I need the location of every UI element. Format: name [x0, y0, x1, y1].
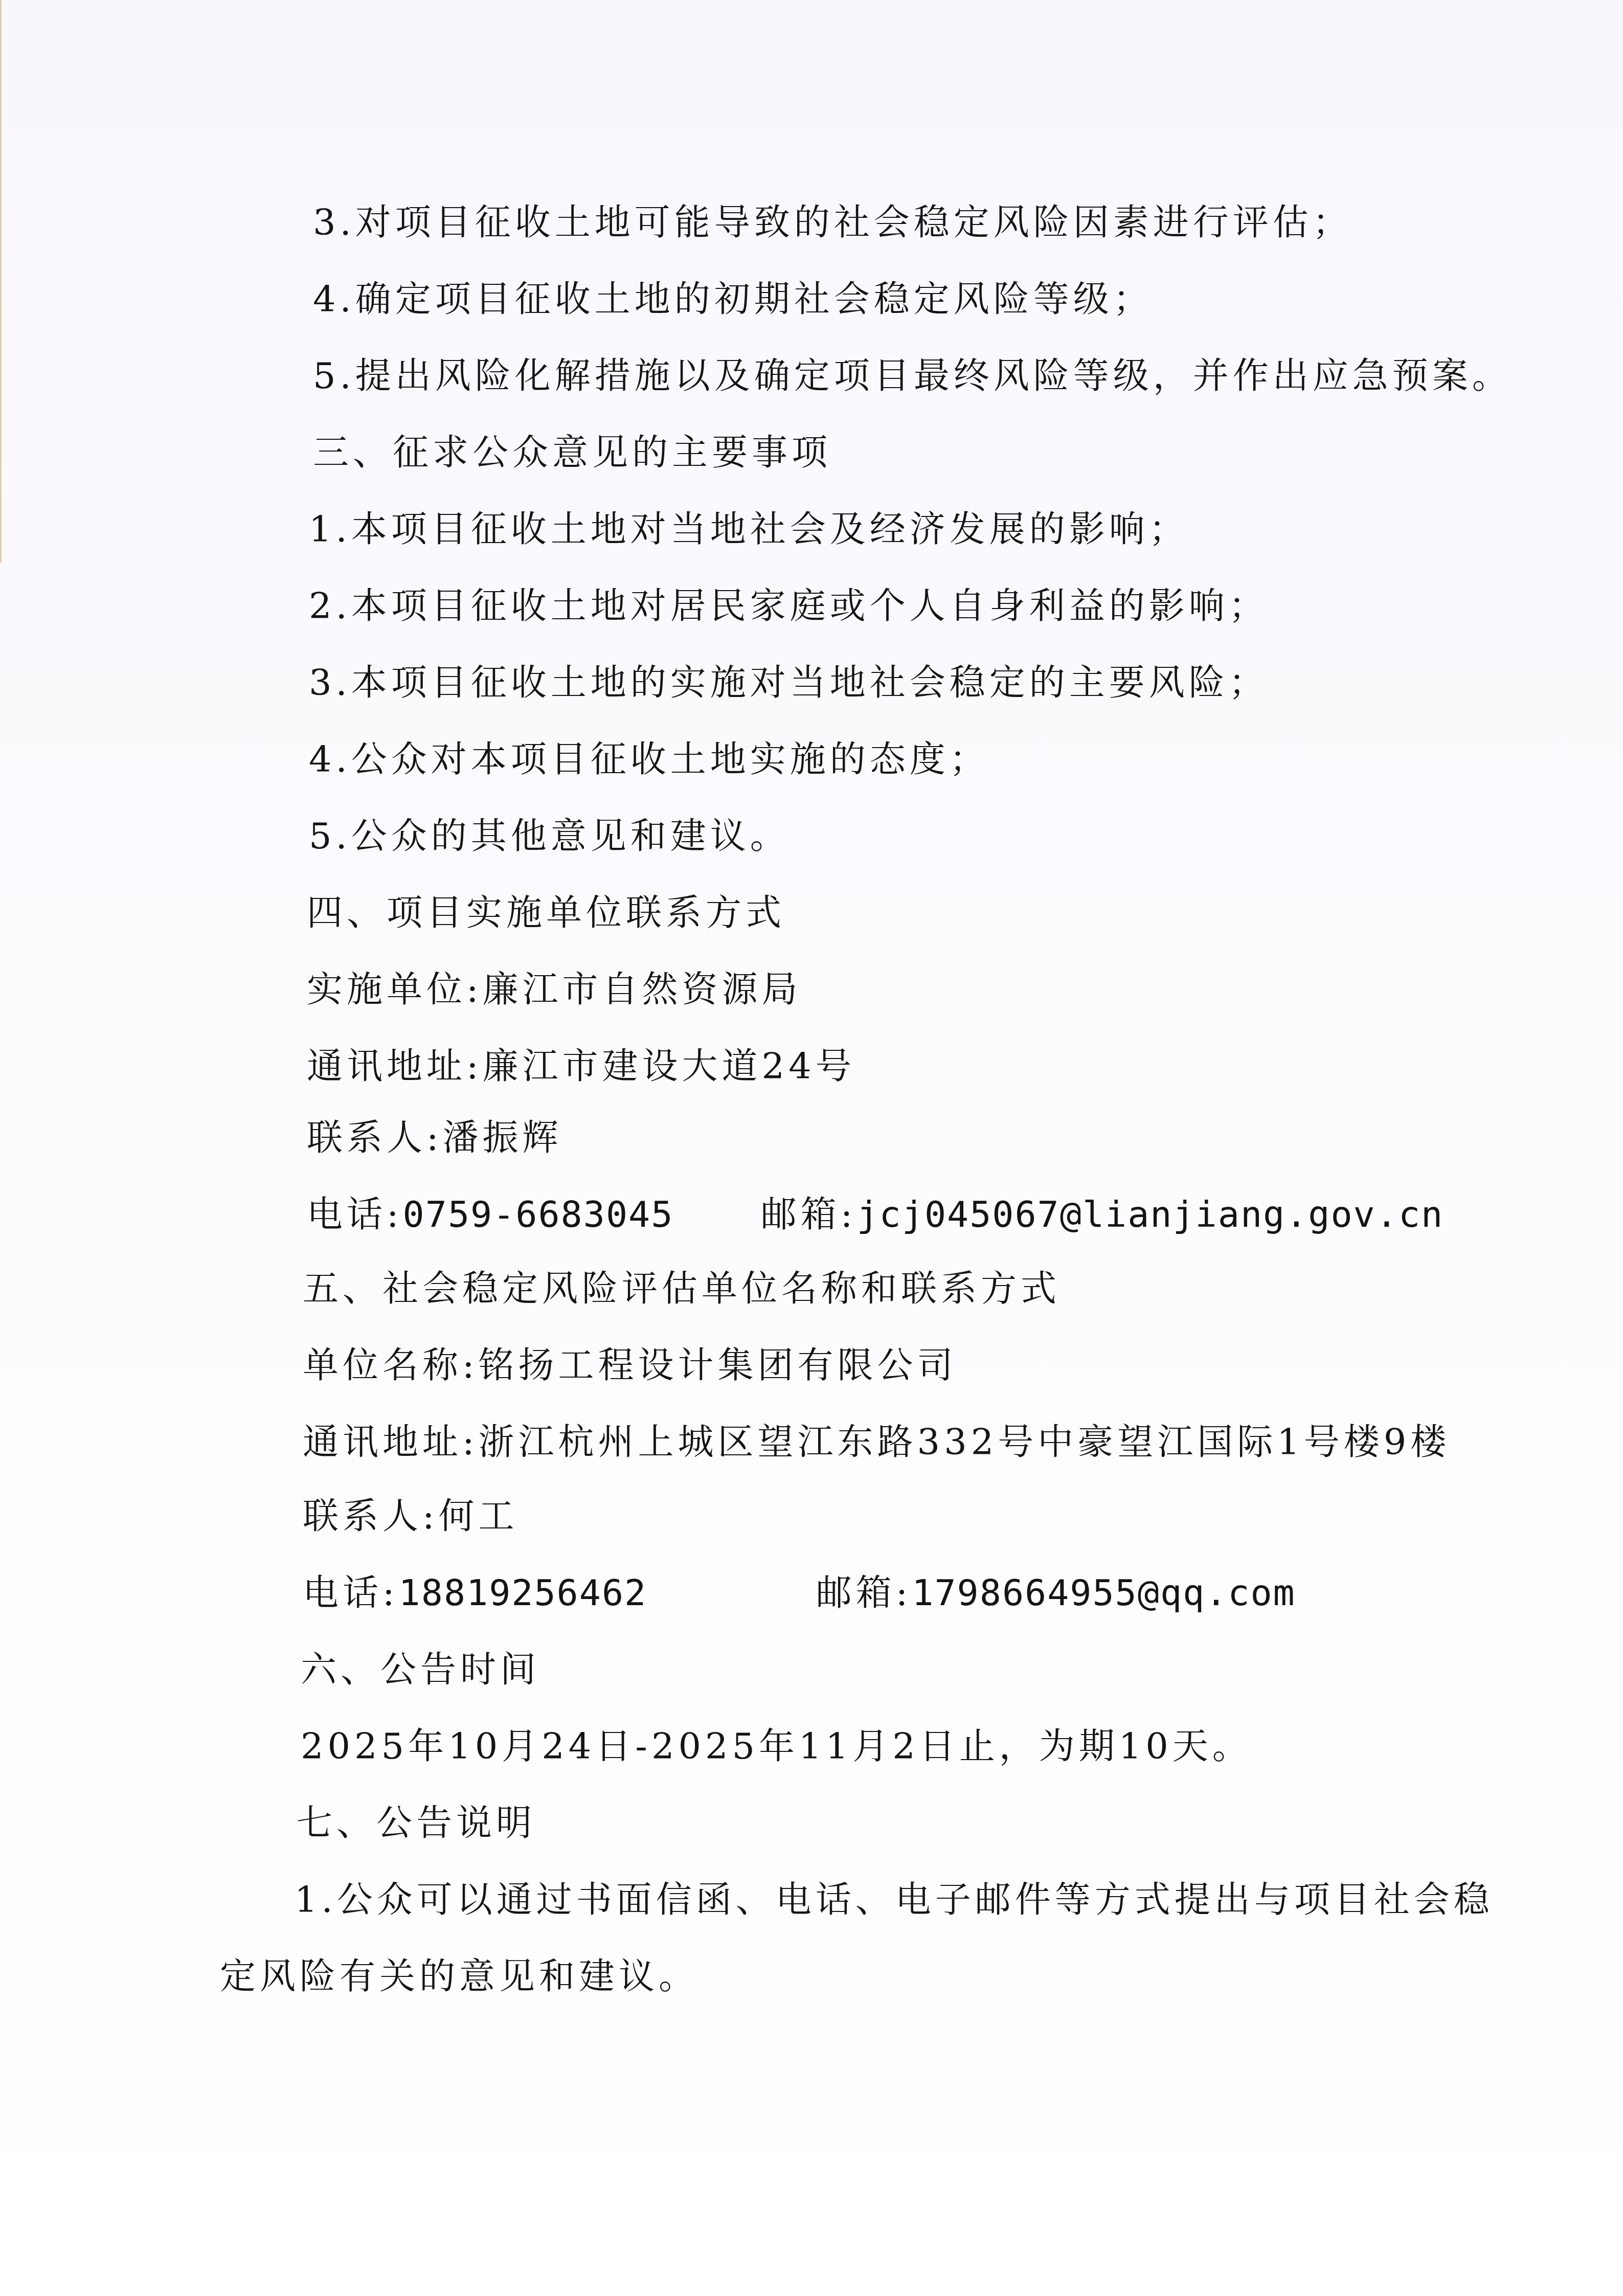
section4-email-value[interactable]: jcj045067@lianjiang.gov.cn — [856, 1194, 1444, 1235]
section3-item-4: 4.公众对本项目征收土地实施的态度； — [309, 736, 989, 782]
section4-address-label: 通讯地址: — [307, 1045, 483, 1087]
section5-email-value[interactable]: 1798664955@qq.com — [912, 1572, 1295, 1614]
section2-item-4: 4.确定项目征收土地的初期社会稳定风险等级； — [313, 276, 1153, 322]
section7-item-1-line-1: 1.公众可以通过书面信函、电话、电子邮件等方式提出与项目社会稳 — [295, 1877, 1494, 1923]
section5-phone-label: 电话: — [303, 1572, 399, 1614]
section5-unit-value: 铭扬工程设计集团有限公司 — [479, 1344, 957, 1386]
section5-contact-label: 联系人: — [303, 1495, 439, 1537]
section5-address-value: 浙江杭州上城区望江东路332号中豪望江国际1号楼9楼 — [479, 1421, 1451, 1463]
section5-phone-email: 电话:18819256462 邮箱:1798664955@qq.com — [303, 1570, 1296, 1616]
section2-item-5: 5.提出风险化解措施以及确定项目最终风险等级，并作出应急预案。 — [313, 353, 1512, 399]
section7-heading: 七、公告说明 — [297, 1800, 536, 1846]
section6-heading: 六、公告时间 — [301, 1647, 540, 1693]
section3-item-3: 3.本项目征收土地的实施对当地社会稳定的主要风险； — [309, 660, 1269, 706]
section4-contact-value: 潘振辉 — [443, 1117, 562, 1159]
section7-item-1-line-2: 定风险有关的意见和建议。 — [220, 1953, 698, 1999]
section4-address: 通讯地址:廉江市建设大道24号 — [307, 1043, 855, 1089]
section2-item-3: 3.对项目征收土地可能导致的社会稳定风险因素进行评估； — [313, 199, 1352, 245]
section3-item-1: 1.本项目征收土地对当地社会及经济发展的影响； — [309, 506, 1189, 552]
section4-unit-label: 实施单位: — [307, 969, 483, 1010]
section5-address: 通讯地址:浙江杭州上城区望江东路332号中豪望江国际1号楼9楼 — [303, 1419, 1450, 1465]
section3-item-2: 2.本项目征收土地对居民家庭或个人自身利益的影响； — [309, 583, 1269, 629]
section4-unit: 实施单位:廉江市自然资源局 — [307, 966, 802, 1012]
section5-address-label: 通讯地址: — [303, 1421, 479, 1463]
section3-item-5: 5.公众的其他意见和建议。 — [309, 813, 790, 859]
section3-heading: 三、征求公众意见的主要事项 — [313, 430, 831, 476]
section5-contact-value: 何工 — [439, 1495, 519, 1537]
section5-email-label: 邮箱: — [816, 1572, 912, 1614]
section5-unit: 单位名称:铭扬工程设计集团有限公司 — [303, 1342, 957, 1388]
document-page: 3.对项目征收土地可能导致的社会稳定风险因素进行评估； 4.确定项目征收土地的初… — [0, 0, 1623, 2296]
section4-contact: 联系人:潘振辉 — [307, 1115, 562, 1161]
scan-edge — [0, 0, 2, 562]
section4-unit-value: 廉江市自然资源局 — [483, 969, 802, 1010]
section5-contact: 联系人:何工 — [303, 1493, 519, 1539]
section4-phone-email: 电话:0759-6683045 邮箱:jcj045067@lianjiang.g… — [307, 1191, 1444, 1237]
section4-phone-label: 电话: — [307, 1194, 403, 1235]
section4-heading: 四、项目实施单位联系方式 — [307, 890, 785, 936]
section4-contact-label: 联系人: — [307, 1117, 443, 1159]
section5-unit-label: 单位名称: — [303, 1344, 479, 1386]
section4-address-value: 廉江市建设大道24号 — [483, 1045, 855, 1087]
section6-period: 2025年10月24日-2025年11月2日止，为期10天。 — [301, 1723, 1252, 1769]
section4-phone-value: 0759-6683045 — [403, 1194, 674, 1235]
section5-phone-value: 18819256462 — [399, 1572, 647, 1614]
section5-heading: 五、社会稳定风险评估单位名称和联系方式 — [303, 1266, 1061, 1312]
section4-email-label: 邮箱: — [761, 1194, 857, 1235]
